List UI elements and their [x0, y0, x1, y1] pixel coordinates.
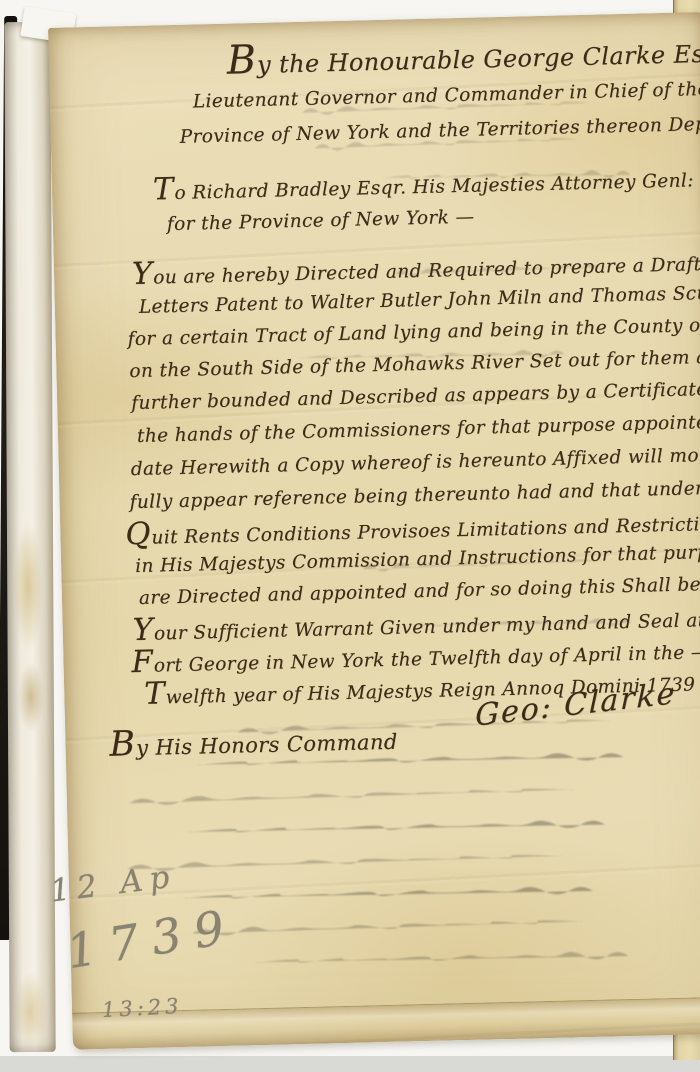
paper-stain	[18, 662, 44, 732]
scanner-background	[0, 1056, 700, 1072]
body-line: the hands of the Commissioners for that …	[137, 410, 700, 447]
body-line: date Herewith a Copy whereof is hereunto…	[131, 444, 700, 480]
binding-edge	[4, 22, 55, 1052]
body-line: on the South Side of the Mohawks River S…	[129, 346, 700, 382]
paper-stain	[13, 522, 44, 652]
heading-line: By the Honourable George Clarke Esqr.	[227, 35, 700, 79]
body-line: Fort George in New York the Twelfth day …	[131, 638, 700, 677]
heading-line: Province of New York and the Territories…	[179, 112, 700, 148]
paper-stain	[13, 972, 47, 1052]
manuscript-text: By the Honourable George Clarke Esqr. Li…	[48, 12, 700, 1050]
body-line: Letters Patent to Walter Butler John Mil…	[139, 282, 700, 318]
address-line: To Richard Bradley Esqr. His Majesties A…	[153, 166, 694, 204]
body-line: for a certain Tract of Land lying and be…	[127, 313, 700, 350]
body-line: fully appear reference being thereunto h…	[129, 476, 700, 513]
body-line: Your Sufficient Warrant Given under my h…	[132, 606, 700, 645]
body-line: Quit Rents Conditions Provisoes Limitati…	[125, 509, 700, 550]
body-line-text: the hands of the Commissioners for that …	[137, 410, 700, 447]
manuscript-page: By the Honourable George Clarke Esqr. Li…	[48, 12, 700, 1050]
heading-line: Lieutenant Governor and Commander in Chi…	[193, 78, 700, 112]
body-line: further bounded and Described as appears…	[131, 377, 700, 414]
body-line: You are hereby Directed and Required to …	[132, 249, 700, 289]
closing-line: By His Honors Command	[109, 726, 398, 761]
body-line: are Directed and appointed and for so do…	[139, 574, 700, 609]
address-line: for the Province of New York —	[167, 207, 475, 236]
document-scan: By the Honourable George Clarke Esqr. Li…	[0, 0, 700, 1072]
